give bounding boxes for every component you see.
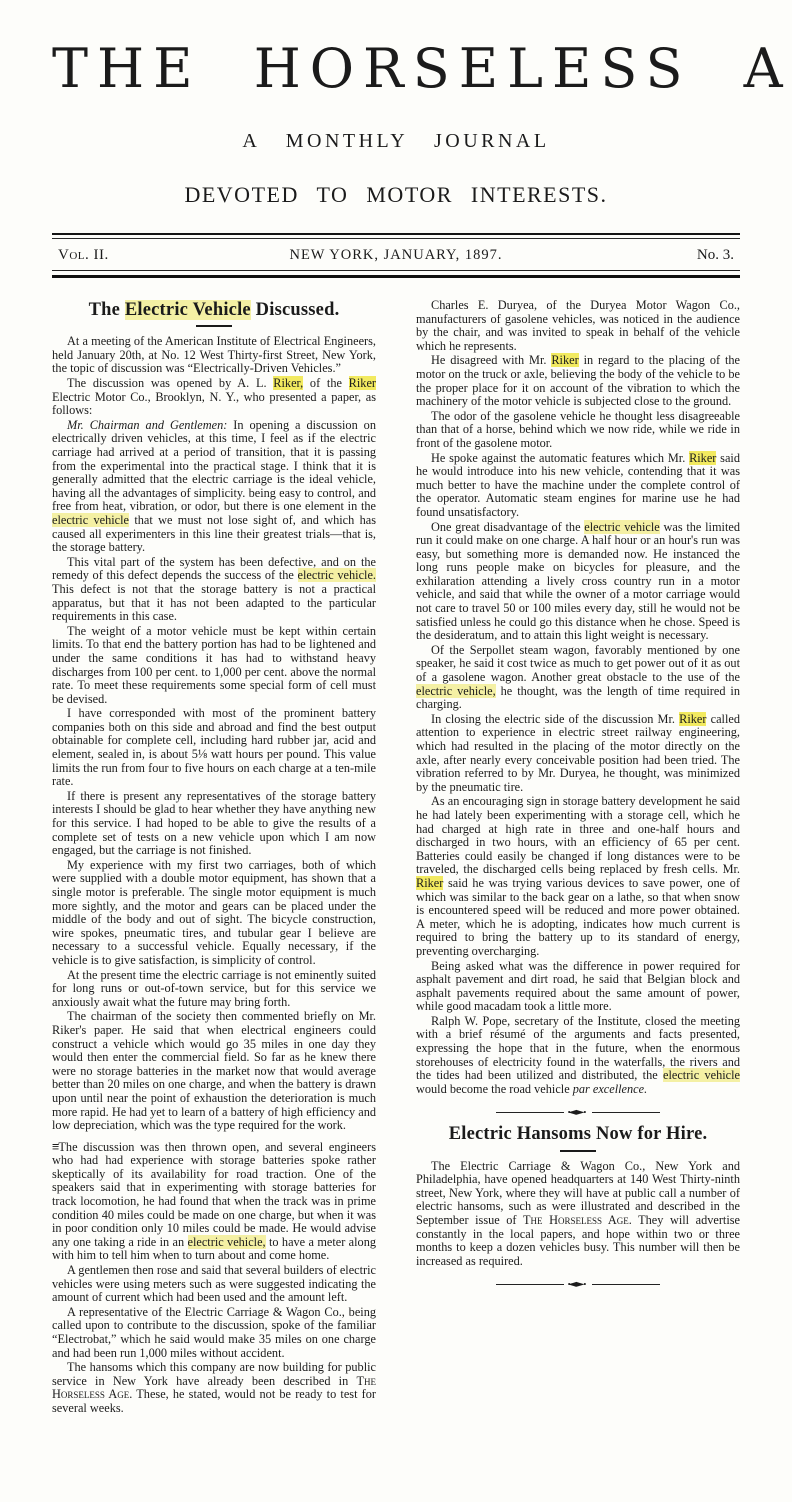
paragraph: ≡The discussion was then thrown open, an… [52, 1140, 376, 1263]
left-column: The Electric Vehicle Discussed. At a mee… [52, 298, 376, 1416]
paragraph: A representative of the Electric Carriag… [52, 1306, 376, 1360]
paragraph: As an encouraging sign in storage batter… [416, 795, 740, 958]
paragraph: One great disadvantage of the electric v… [416, 521, 740, 643]
highlighted-text: electric vehicle [584, 520, 659, 534]
masthead-rule-bottom [52, 270, 740, 278]
highlighted-text: Riker, [273, 376, 303, 390]
diamond-icon: ◆ [568, 1110, 588, 1116]
text-segment: In closing the electric side of the disc… [431, 712, 679, 726]
paragraph: The weight of a motor vehicle must be ke… [52, 625, 376, 707]
ornament-line-left [496, 1112, 564, 1113]
text-segment: This defect is not that the storage batt… [52, 582, 376, 623]
journal-subtitle-monthly: A MONTHLY JOURNAL [52, 130, 740, 153]
issue-number-label: No. 3. [594, 247, 734, 264]
text-segment: A gentlemen then rose and said that seve… [52, 1263, 376, 1304]
highlighted-text: electric vehicle. [298, 568, 376, 582]
text-segment: of the [303, 376, 348, 390]
text-segment: Electric Hansoms Now for Hire. [449, 1124, 708, 1144]
article2-body: The Electric Carriage & Wagon Co., New Y… [416, 1160, 740, 1269]
text-segment: The [89, 300, 125, 320]
ornament-glyphs: •◆• [564, 1108, 593, 1118]
highlighted-text: Riker [551, 353, 578, 367]
paragraph: The odor of the gasolene vehicle he thou… [416, 410, 740, 451]
highlighted-text: Riker [416, 876, 443, 890]
text-segment: The weight of a motor vehicle must be ke… [52, 624, 376, 706]
text-segment: I have corresponded with most of the pro… [52, 706, 376, 788]
section-divider-ornament: •◆• [416, 1107, 740, 1118]
paragraph: Of the Serpollet steam wagon, favorably … [416, 644, 740, 712]
text-segment: The chairman of the society then comment… [52, 1009, 376, 1132]
ornament-line-left [496, 1284, 564, 1285]
text-segment: was the limited run it could make on one… [416, 520, 740, 643]
text-segment: Charles E. Duryea, of the Duryea Motor W… [416, 298, 740, 353]
article1-title-rule [196, 325, 232, 327]
two-column-layout: The Electric Vehicle Discussed. At a mee… [52, 298, 740, 1416]
journal-page: THE HORSELESS AGE. A MONTHLY JOURNAL DEV… [0, 42, 792, 1416]
paragraph: Mr. Chairman and Gentlemen: In opening a… [52, 419, 376, 555]
highlighted-text: electric vehicle [52, 513, 129, 527]
text-segment: The hansoms which this company are now b… [52, 1360, 376, 1388]
text-segment: One great disadvantage of the [431, 520, 584, 534]
paragraph: The chairman of the society then comment… [52, 1010, 376, 1132]
paragraph: Charles E. Duryea, of the Duryea Motor W… [416, 299, 740, 353]
paragraph: The discussion was opened by A. L. Riker… [52, 377, 376, 418]
paragraph: This vital part of the system has been d… [52, 556, 376, 624]
paragraph: In closing the electric side of the disc… [416, 713, 740, 795]
text-segment: par excellence. [573, 1082, 647, 1096]
left-column-paragraphs: At a meeting of the American Institute o… [52, 335, 376, 1415]
journal-title: THE HORSELESS AGE. [52, 42, 740, 96]
text-segment: said he was trying various devices to sa… [416, 876, 740, 958]
paragraph: Being asked what was the difference in p… [416, 960, 740, 1014]
paragraph: At a meeting of the American Institute o… [52, 335, 376, 376]
city-date-label: NEW YORK, JANUARY, 1897. [198, 247, 594, 264]
text-segment: As an encouraging sign in storage batter… [416, 794, 740, 876]
paragraph: Ralph W. Pope, secretary of the Institut… [416, 1015, 740, 1097]
dateline: Vol. II. NEW YORK, JANUARY, 1897. No. 3. [52, 239, 740, 270]
highlighted-text: electric vehicle, [188, 1235, 266, 1249]
text-segment: If there is present any representatives … [52, 789, 376, 857]
right-column: Charles E. Duryea, of the Duryea Motor W… [416, 298, 740, 1416]
volume-label: Vol. II. [58, 247, 198, 264]
ornament-glyphs: •◆• [564, 1280, 593, 1290]
text-segment: He disagreed with Mr. [431, 353, 551, 367]
article2-title-rule [560, 1150, 596, 1152]
ornament-line-right [592, 1112, 660, 1113]
article2-title: Electric Hansoms Now for Hire. [416, 1124, 740, 1145]
paragraph: At the present time the electric carriag… [52, 969, 376, 1010]
highlighted-text: Riker [689, 451, 716, 465]
text-segment: Electric Motor Co., Brooklyn, N. Y., who… [52, 390, 376, 418]
text-segment: At a meeting of the American Institute o… [52, 334, 376, 375]
highlighted-text: electric vehicle, [416, 684, 496, 698]
paragraph: The Electric Carriage & Wagon Co., New Y… [416, 1160, 740, 1269]
text-segment: A representative of the Electric Carriag… [52, 1305, 376, 1360]
journal-subtitle-devoted: DEVOTED TO MOTOR INTERESTS. [52, 182, 740, 208]
text-segment: Of the Serpollet steam wagon, favorably … [416, 643, 740, 684]
end-divider-ornament: •◆• [416, 1279, 740, 1290]
highlighted-text: Electric Vehicle [125, 300, 251, 320]
paragraph: If there is present any representatives … [52, 790, 376, 858]
right-column-a1: Charles E. Duryea, of the Duryea Motor W… [416, 299, 740, 1096]
text-segment: The odor of the gasolene vehicle he thou… [416, 409, 740, 450]
article1-title: The Electric Vehicle Discussed. [52, 300, 376, 321]
paragraph: A gentlemen then rose and said that seve… [52, 1264, 376, 1305]
diamond-icon: ◆ [568, 1282, 588, 1288]
text-segment: Mr. Chairman and Gentlemen: [67, 418, 227, 432]
text-segment: Being asked what was the difference in p… [416, 959, 740, 1014]
text-segment: My experience with my first two carriage… [52, 858, 376, 967]
paragraph: He disagreed with Mr. Riker in regard to… [416, 354, 740, 408]
text-segment: In opening a discussion on electrically … [52, 418, 376, 514]
highlighted-text: Riker [349, 376, 376, 390]
paragraph: He spoke against the automatic features … [416, 452, 740, 520]
paragraph: I have corresponded with most of the pro… [52, 707, 376, 789]
text-segment: Discussed. [251, 300, 340, 320]
text-segment: The discussion was then thrown open, and… [52, 1140, 376, 1249]
highlighted-text: Riker [679, 712, 706, 726]
highlighted-text: electric vehicle [663, 1068, 740, 1082]
text-segment: At the present time the electric carriag… [52, 968, 376, 1009]
text-segment: The discussion was opened by A. L. [67, 376, 273, 390]
text-segment: would become the road vehicle [416, 1082, 573, 1096]
ornament-line-right [592, 1284, 660, 1285]
text-segment: He spoke against the automatic features … [431, 451, 689, 465]
paragraph: My experience with my first two carriage… [52, 859, 376, 968]
paragraph: The hansoms which this company are now b… [52, 1361, 376, 1415]
text-segment: The Horseless Age. [523, 1213, 632, 1227]
